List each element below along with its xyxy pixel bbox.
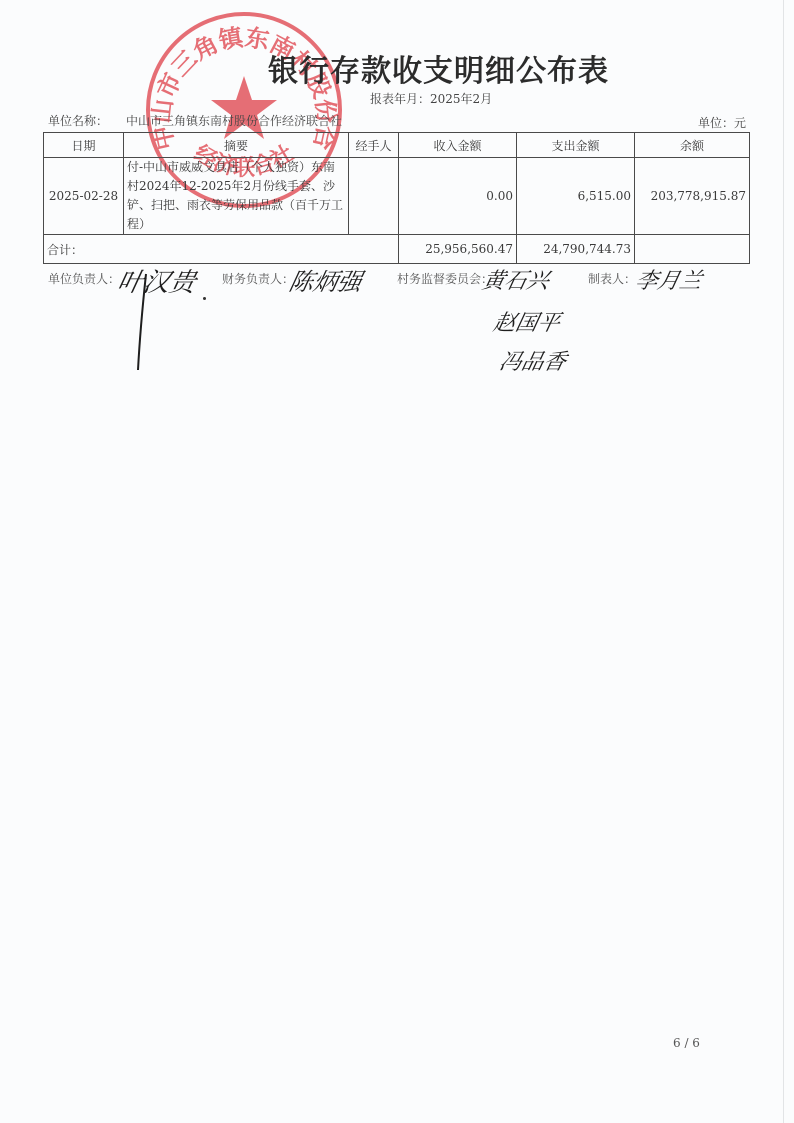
supervisory-signature-1: 黄石兴 (480, 264, 553, 295)
cell-date: 2025-02-28 (44, 158, 124, 235)
document-title: 银行存款收支明细公布表 (268, 46, 628, 90)
page-number: 6 / 6 (673, 1036, 700, 1050)
signature-stroke (128, 272, 158, 372)
table-header-row: 日期 摘要 经手人 收入金额 支出金额 余额 (44, 133, 750, 158)
ledger-table: 日期 摘要 经手人 收入金额 支出金额 余额 2025-02-28 付-中山市威… (43, 132, 750, 264)
header-handler: 经手人 (349, 133, 399, 158)
finance-head-signature: 陈炳强 (286, 262, 365, 297)
total-income: 25,956,560.47 (399, 235, 517, 264)
supervisory-signature-3: 冯品香 (497, 345, 570, 376)
total-expense: 24,790,744.73 (517, 235, 635, 264)
ink-dot (203, 297, 206, 300)
report-period-value: 2025年2月 (430, 92, 492, 106)
table-row: 2025-02-28 付-中山市威威文具店（个人独资）东南村2024年12-20… (44, 158, 750, 235)
unit-head-label: 单位负责人： (48, 270, 120, 287)
total-balance (635, 235, 750, 264)
supervisory-committee-label: 村务监督委员会： (397, 270, 493, 287)
unit-name: 单位名称：中山市三角镇东南村股份合作经济联合社 (48, 112, 342, 129)
preparer-signature: 李月兰 (633, 264, 706, 295)
currency-unit: 单位：元 (698, 114, 746, 131)
header-balance: 余额 (635, 133, 750, 158)
header-income: 收入金额 (399, 133, 517, 158)
unit-name-label: 单位名称： (48, 114, 108, 128)
report-period: 报表年月：2025年2月 (370, 90, 492, 107)
cell-income: 0.00 (399, 158, 517, 235)
cell-balance: 203,778,915.87 (635, 158, 750, 235)
report-period-label: 报表年月： (370, 92, 430, 106)
cell-expense: 6,515.00 (517, 158, 635, 235)
total-row: 合计： 25,956,560.47 24,790,744.73 (44, 235, 750, 264)
finance-head-label: 财务负责人： (222, 270, 294, 287)
unit-name-value: 中山市三角镇东南村股份合作经济联合社 (126, 114, 342, 128)
total-label: 合计： (44, 235, 399, 264)
cell-handler (349, 158, 399, 235)
header-expense: 支出金额 (517, 133, 635, 158)
header-date: 日期 (44, 133, 124, 158)
cell-summary: 付-中山市威威文具店（个人独资）东南村2024年12-2025年2月份线手套、沙… (124, 158, 349, 235)
header-summary: 摘要 (124, 133, 349, 158)
scan-page-edge (783, 0, 784, 1123)
preparer-label: 制表人： (588, 270, 636, 287)
supervisory-signature-2: 赵国平 (491, 306, 564, 337)
